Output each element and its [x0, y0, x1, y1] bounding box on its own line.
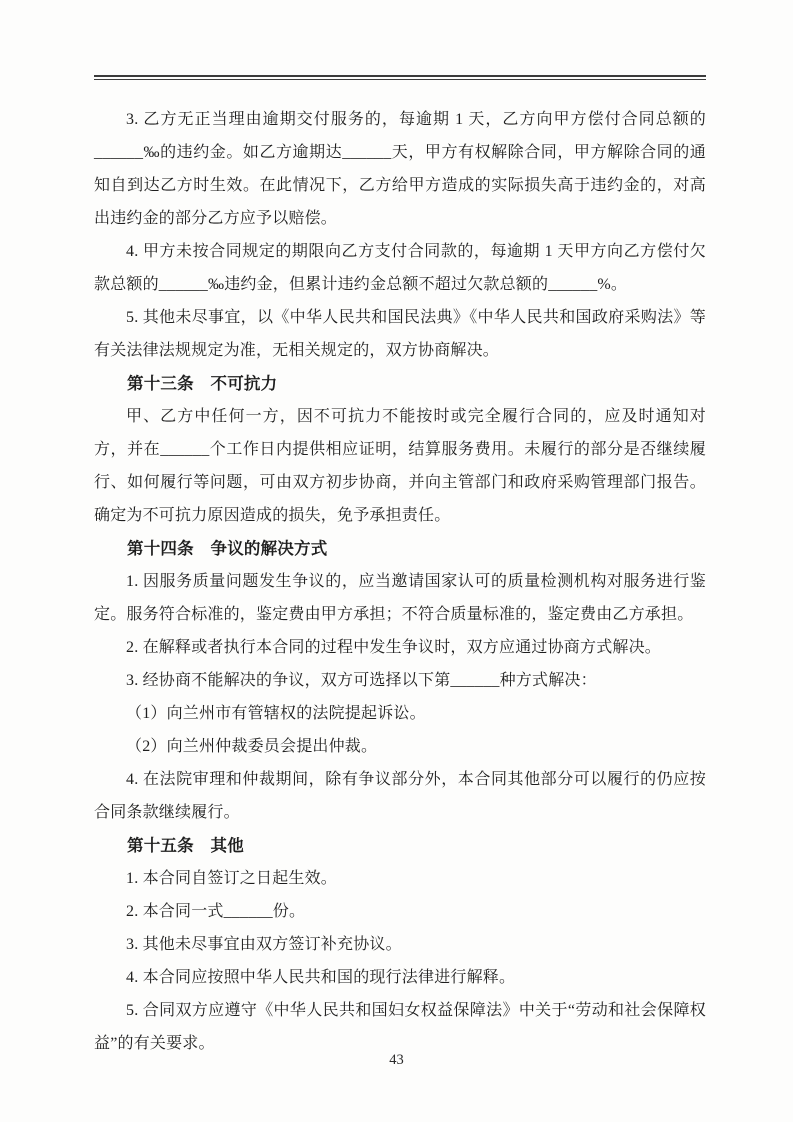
clause-paragraph: 4. 在法院审理和仲裁期间，除有争议部分外，本合同其他部分可以履行的仍应按合同条… — [94, 763, 706, 829]
page-header-rule — [94, 75, 706, 80]
clause-list-item: （2）向兰州仲裁委员会提出仲裁。 — [94, 730, 706, 763]
clause-paragraph: 3. 其他未尽事宜由双方签订补充协议。 — [94, 928, 706, 961]
clause-paragraph: 3. 乙方无正当理由逾期交付服务的，每逾期 1 天，乙方向甲方偿付合同总额的__… — [94, 103, 706, 235]
clause-paragraph: 3. 经协商不能解决的争议，双方可选择以下第______种方式解决： — [94, 664, 706, 697]
clause-list-item: （1）向兰州市有管辖权的法院提起诉讼。 — [94, 697, 706, 730]
clause-paragraph: 2. 本合同一式______份。 — [94, 895, 706, 928]
clause-paragraph: 5. 合同双方应遵守《中华人民共和国妇女权益保障法》中关于“劳动和社会保障权益”… — [94, 994, 706, 1060]
clause-paragraph: 4. 本合同应按照中华人民共和国的现行法律进行解释。 — [94, 961, 706, 994]
section-heading-article-15: 第十五条 其他 — [94, 829, 706, 862]
section-heading-article-14: 第十四条 争议的解决方式 — [94, 532, 706, 565]
clause-paragraph: 1. 本合同自签订之日起生效。 — [94, 862, 706, 895]
section-heading-article-13: 第十三条 不可抗力 — [94, 367, 706, 400]
clause-paragraph: 甲、乙方中任何一方，因不可抗力不能按时或完全履行合同的，应及时通知对方，并在__… — [94, 400, 706, 532]
page-number: 43 — [0, 1052, 793, 1069]
clause-paragraph: 1. 因服务质量问题发生争议的，应当邀请国家认可的质量检测机构对服务进行鉴定。服… — [94, 565, 706, 631]
contract-body: 3. 乙方无正当理由逾期交付服务的，每逾期 1 天，乙方向甲方偿付合同总额的__… — [94, 103, 706, 1060]
contract-page: 3. 乙方无正当理由逾期交付服务的，每逾期 1 天，乙方向甲方偿付合同总额的__… — [0, 0, 793, 1122]
clause-paragraph: 2. 在解释或者执行本合同的过程中发生争议时，双方应通过协商方式解决。 — [94, 631, 706, 664]
clause-paragraph: 4. 甲方未按合同规定的期限向乙方支付合同款的，每逾期 1 天甲方向乙方偿付欠款… — [94, 235, 706, 301]
clause-paragraph: 5. 其他未尽事宜，以《中华人民共和国民法典》《中华人民共和国政府采购法》等有关… — [94, 301, 706, 367]
